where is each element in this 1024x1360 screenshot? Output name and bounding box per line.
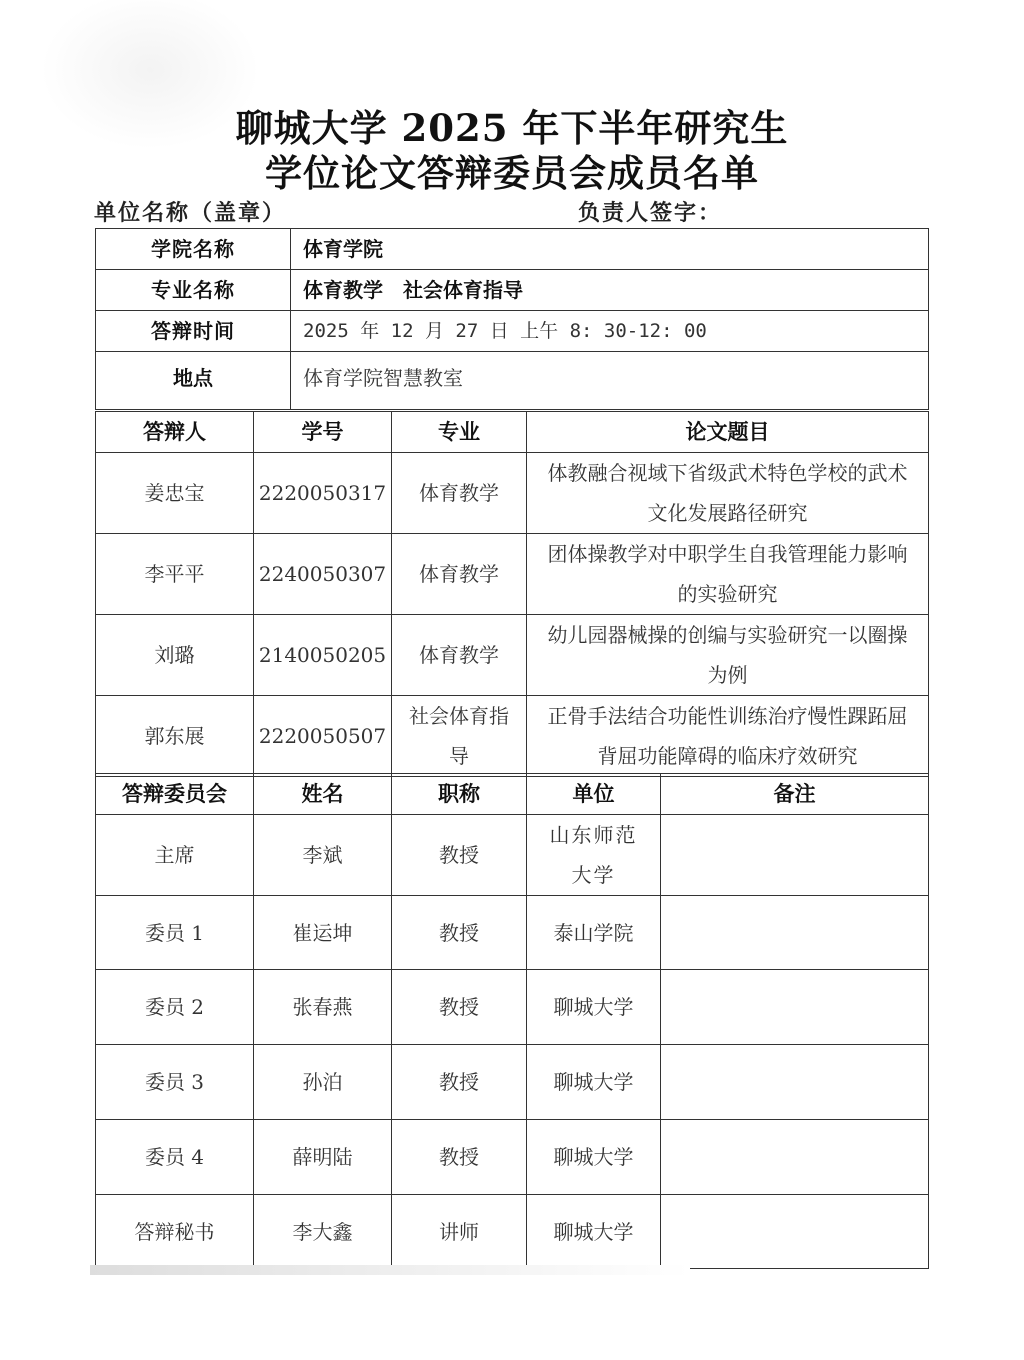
member-rank: 教授 bbox=[392, 815, 527, 896]
student-row: 刘璐 2140050205 体育教学 幼儿园器械操的创编与实验研究一以圈操为例 bbox=[96, 615, 929, 696]
student-major: 体育教学 bbox=[392, 534, 527, 615]
student-name: 刘璐 bbox=[96, 615, 254, 696]
student-major: 社会体育指导 bbox=[392, 696, 527, 777]
signature-label: 负责人签字： bbox=[578, 196, 722, 227]
college-label: 学院名称 bbox=[96, 229, 291, 270]
student-row: 姜忠宝 2220050317 体育教学 体教融合视域下省级武术特色学校的武术文化… bbox=[96, 453, 929, 534]
committee-row: 委员 2 张春燕 教授 聊城大学 bbox=[96, 970, 929, 1045]
header-student-id: 学号 bbox=[254, 412, 392, 453]
time-value: 2025 年 12 月 27 日 上午 8: 30-12: 00 bbox=[291, 311, 929, 352]
header-committee: 答辩委员会 bbox=[96, 774, 254, 815]
students-table: 答辩人 学号 专业 论文题目 姜忠宝 2220050317 体育教学 体教融合视… bbox=[95, 411, 929, 777]
student-id: 2140050205 bbox=[254, 615, 392, 696]
member-rank: 教授 bbox=[392, 1045, 527, 1120]
member-remarks bbox=[661, 1195, 929, 1269]
document-title-line2: 学位论文答辩委员会成员名单 bbox=[0, 143, 1024, 197]
member-remarks bbox=[661, 970, 929, 1045]
committee-row: 委员 4 薛明陆 教授 聊城大学 bbox=[96, 1120, 929, 1195]
bottom-shadow bbox=[90, 1265, 690, 1275]
header-name: 姓名 bbox=[254, 774, 392, 815]
place-label: 地点 bbox=[96, 352, 291, 410]
info-row-time: 答辩时间 2025 年 12 月 27 日 上午 8: 30-12: 00 bbox=[96, 311, 929, 352]
member-name: 李斌 bbox=[254, 815, 392, 896]
member-name: 薛明陆 bbox=[254, 1120, 392, 1195]
member-unit: 泰山学院 bbox=[527, 896, 661, 970]
header-thesis-title: 论文题目 bbox=[527, 412, 929, 453]
member-unit: 聊城大学 bbox=[527, 970, 661, 1045]
place-value: 体育学院智慧教室 bbox=[291, 352, 929, 410]
header-defender: 答辩人 bbox=[96, 412, 254, 453]
committee-role: 主席 bbox=[96, 815, 254, 896]
student-row: 李平平 2240050307 体育教学 团体操教学对中职学生自我管理能力影响的实… bbox=[96, 534, 929, 615]
student-name: 李平平 bbox=[96, 534, 254, 615]
member-rank: 教授 bbox=[392, 896, 527, 970]
header-major: 专业 bbox=[392, 412, 527, 453]
member-name: 崔运坤 bbox=[254, 896, 392, 970]
student-major: 体育教学 bbox=[392, 615, 527, 696]
thesis-title: 团体操教学对中职学生自我管理能力影响的实验研究 bbox=[527, 534, 929, 615]
student-name: 姜忠宝 bbox=[96, 453, 254, 534]
thesis-title: 正骨手法结合功能性训练治疗慢性踝跖屈背屈功能障碍的临床疗效研究 bbox=[527, 696, 929, 777]
member-rank: 教授 bbox=[392, 970, 527, 1045]
students-header-row: 答辩人 学号 专业 论文题目 bbox=[96, 412, 929, 453]
time-label: 答辩时间 bbox=[96, 311, 291, 352]
student-id: 2220050507 bbox=[254, 696, 392, 777]
header-remarks: 备注 bbox=[661, 774, 929, 815]
member-name: 李大鑫 bbox=[254, 1195, 392, 1269]
member-unit: 聊城大学 bbox=[527, 1195, 661, 1269]
committee-role: 答辩秘书 bbox=[96, 1195, 254, 1269]
committee-table: 答辩委员会 姓名 职称 单位 备注 主席 李斌 教授 山东师范大学 委员 1 崔… bbox=[95, 773, 929, 1269]
major-value: 体育教学 社会体育指导 bbox=[291, 270, 929, 311]
member-name: 孙泊 bbox=[254, 1045, 392, 1120]
thesis-title: 体教融合视域下省级武术特色学校的武术文化发展路径研究 bbox=[527, 453, 929, 534]
committee-header-row: 答辩委员会 姓名 职称 单位 备注 bbox=[96, 774, 929, 815]
info-row-major: 专业名称 体育教学 社会体育指导 bbox=[96, 270, 929, 311]
member-remarks bbox=[661, 1045, 929, 1120]
committee-role: 委员 4 bbox=[96, 1120, 254, 1195]
committee-row: 答辩秘书 李大鑫 讲师 聊城大学 bbox=[96, 1195, 929, 1269]
header-title-rank: 职称 bbox=[392, 774, 527, 815]
member-remarks bbox=[661, 896, 929, 970]
college-value: 体育学院 bbox=[291, 229, 929, 270]
member-unit: 聊城大学 bbox=[527, 1045, 661, 1120]
student-major: 体育教学 bbox=[392, 453, 527, 534]
member-rank: 教授 bbox=[392, 1120, 527, 1195]
info-row-college: 学院名称 体育学院 bbox=[96, 229, 929, 270]
student-row: 郭东展 2220050507 社会体育指导 正骨手法结合功能性训练治疗慢性踝跖屈… bbox=[96, 696, 929, 777]
committee-role: 委员 2 bbox=[96, 970, 254, 1045]
student-name: 郭东展 bbox=[96, 696, 254, 777]
member-name: 张春燕 bbox=[254, 970, 392, 1045]
student-id: 2240050307 bbox=[254, 534, 392, 615]
committee-row: 委员 3 孙泊 教授 聊城大学 bbox=[96, 1045, 929, 1120]
committee-row: 主席 李斌 教授 山东师范大学 bbox=[96, 815, 929, 896]
member-remarks bbox=[661, 1120, 929, 1195]
committee-row: 委员 1 崔运坤 教授 泰山学院 bbox=[96, 896, 929, 970]
committee-role: 委员 3 bbox=[96, 1045, 254, 1120]
member-unit: 山东师范大学 bbox=[527, 815, 661, 896]
member-rank: 讲师 bbox=[392, 1195, 527, 1269]
header-unit: 单位 bbox=[527, 774, 661, 815]
thesis-title: 幼儿园器械操的创编与实验研究一以圈操为例 bbox=[527, 615, 929, 696]
committee-role: 委员 1 bbox=[96, 896, 254, 970]
major-label: 专业名称 bbox=[96, 270, 291, 311]
defense-info-table: 学院名称 体育学院 专业名称 体育教学 社会体育指导 答辩时间 2025 年 1… bbox=[95, 228, 929, 410]
unit-seal-label: 单位名称（盖章） bbox=[94, 196, 286, 227]
member-unit: 聊城大学 bbox=[527, 1120, 661, 1195]
member-remarks bbox=[661, 815, 929, 896]
info-row-place: 地点 体育学院智慧教室 bbox=[96, 352, 929, 410]
student-id: 2220050317 bbox=[254, 453, 392, 534]
